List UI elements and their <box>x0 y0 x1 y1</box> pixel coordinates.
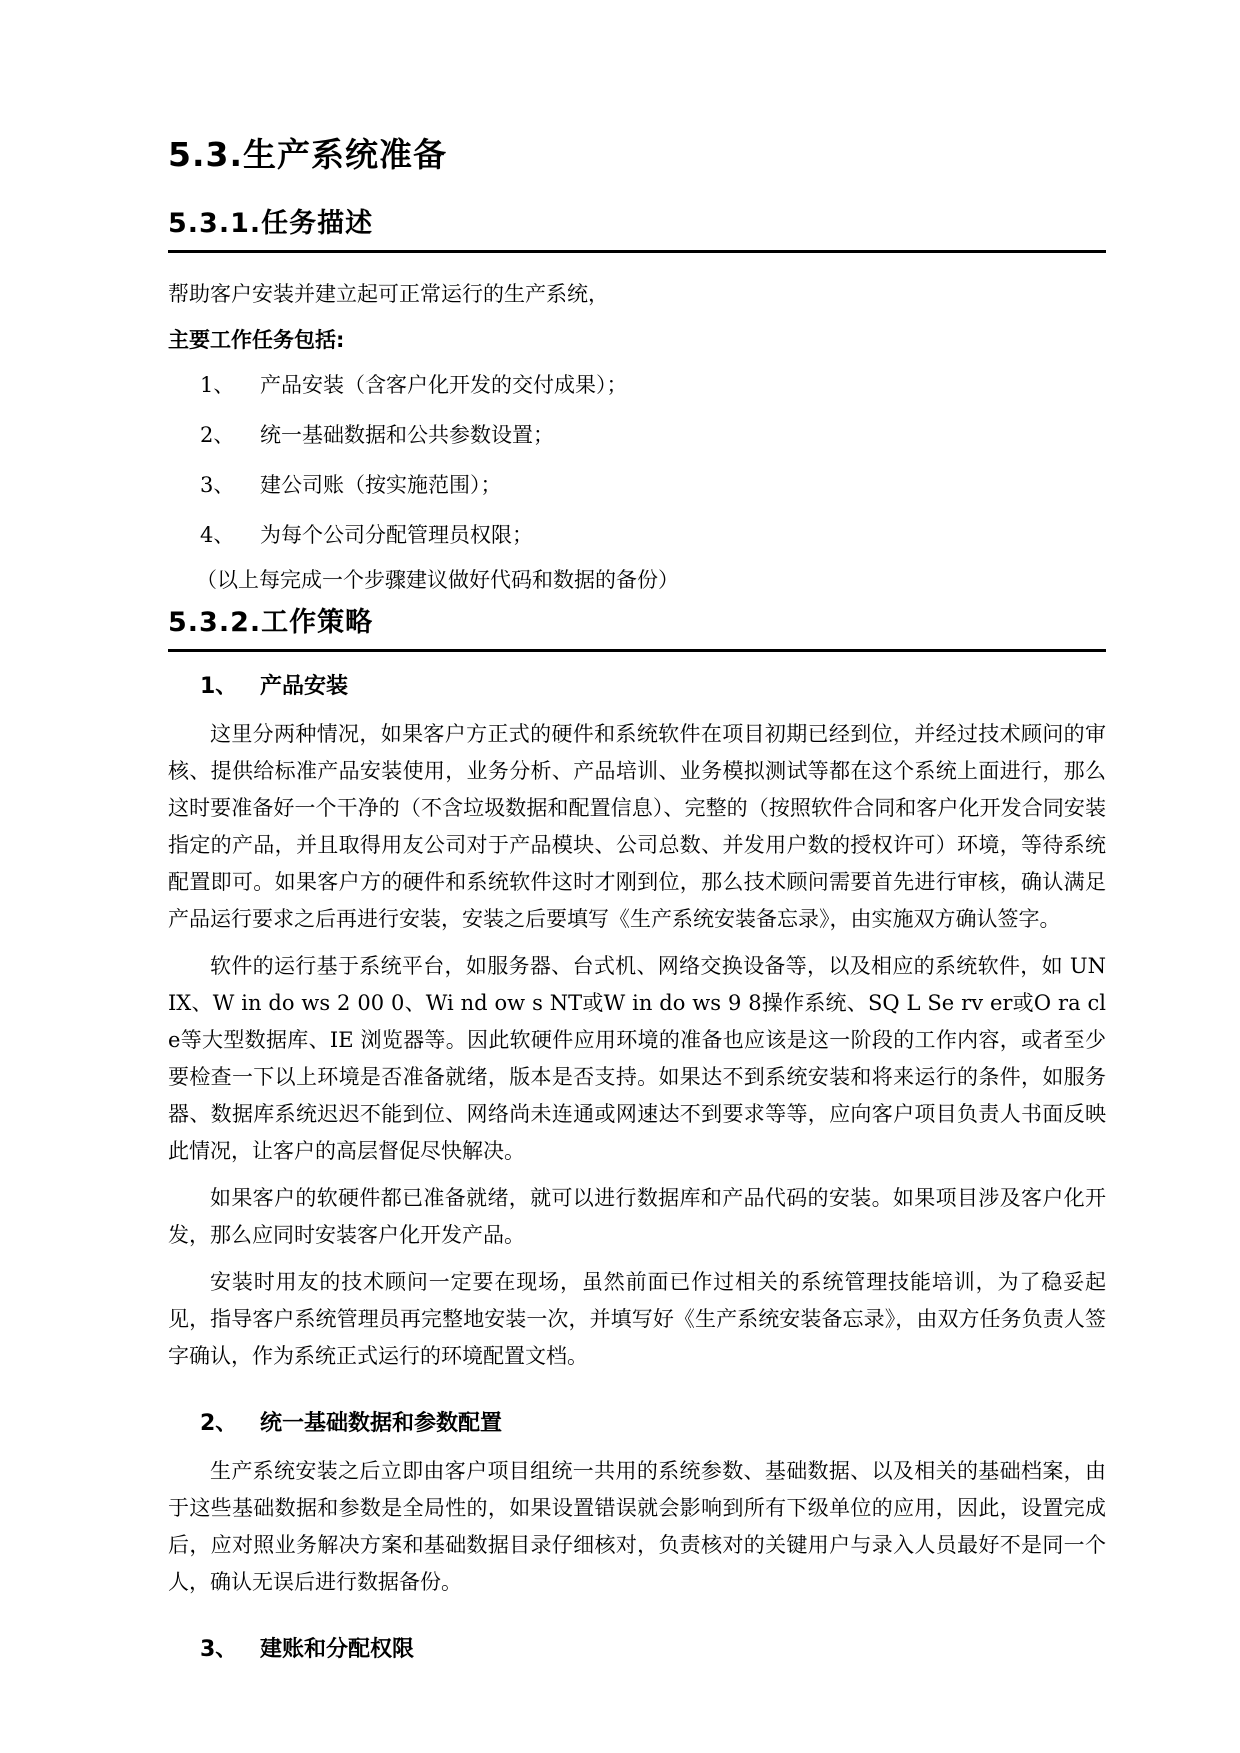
strategy-number: 3、 <box>200 1635 260 1665</box>
strategy-title: 统一基础数据和参数配置 <box>260 1409 1106 1439</box>
subsection-heading-work-strategy: 5.3.2.工作策略 <box>168 605 1106 652</box>
strategy-number: 2、 <box>200 1409 260 1439</box>
strategy-block-base-data: 2、 统一基础数据和参数配置 生产系统安装之后立即由客户项目组统一共用的系统参数… <box>168 1409 1106 1601</box>
strategy-block-product-install: 1、 产品安装 这里分两种情况，如果客户方正式的硬件和系统软件在项目初期已经到位… <box>168 672 1106 1375</box>
body-paragraph: 安装时用友的技术顾问一定要在现场，虽然前面已作过相关的系统管理技能培训，为了稳妥… <box>168 1264 1106 1375</box>
document-page: 5.3.生产系统准备 5.3.1.任务描述 帮助客户安装并建立起可正常运行的生产… <box>0 0 1240 1753</box>
task-text: 为每个公司分配管理员权限； <box>260 521 1106 550</box>
body-paragraph: 这里分两种情况，如果客户方正式的硬件和系统软件在项目初期已经到位，并经过技术顾问… <box>168 716 1106 938</box>
task-number: 2、 <box>200 421 260 450</box>
strategy-block-accounts-permissions: 3、 建账和分配权限 <box>168 1635 1106 1665</box>
task-text: 统一基础数据和公共参数设置； <box>260 421 1106 450</box>
task-item: 2、 统一基础数据和公共参数设置； <box>168 421 1106 450</box>
lead-paragraph: 主要工作任务包括: <box>168 325 1106 355</box>
intro-paragraph: 帮助客户安装并建立起可正常运行的生产系统， <box>168 279 1106 309</box>
strategy-subheading: 2、 统一基础数据和参数配置 <box>168 1409 1106 1439</box>
strategy-subheading: 1、 产品安装 <box>168 672 1106 702</box>
task-text: 产品安装（含客户化开发的交付成果）； <box>260 371 1106 400</box>
task-number: 1、 <box>200 371 260 400</box>
strategy-title: 产品安装 <box>260 672 1106 702</box>
task-number: 3、 <box>200 471 260 500</box>
note-paragraph: （以上每完成一个步骤建议做好代码和数据的备份） <box>196 566 1106 595</box>
section-heading: 5.3.生产系统准备 <box>168 132 1106 178</box>
task-text: 建公司账（按实施范围）； <box>260 471 1106 500</box>
body-paragraph: 生产系统安装之后立即由客户项目组统一共用的系统参数、基础数据、以及相关的基础档案… <box>168 1453 1106 1601</box>
strategy-subheading: 3、 建账和分配权限 <box>168 1635 1106 1665</box>
task-number: 4、 <box>200 521 260 550</box>
strategy-number: 1、 <box>200 672 260 702</box>
task-item: 1、 产品安装（含客户化开发的交付成果）； <box>168 371 1106 400</box>
task-item: 3、 建公司账（按实施范围）； <box>168 471 1106 500</box>
body-paragraph: 软件的运行基于系统平台，如服务器、台式机、网络交换设备等，以及相应的系统软件，如… <box>168 948 1106 1170</box>
subsection-heading-task-description: 5.3.1.任务描述 <box>168 206 1106 253</box>
body-paragraph: 如果客户的软硬件都已准备就绪，就可以进行数据库和产品代码的安装。如果项目涉及客户… <box>168 1180 1106 1254</box>
task-item: 4、 为每个公司分配管理员权限； <box>168 521 1106 550</box>
strategy-title: 建账和分配权限 <box>260 1635 1106 1665</box>
task-list: 1、 产品安装（含客户化开发的交付成果）； 2、 统一基础数据和公共参数设置； … <box>168 371 1106 550</box>
